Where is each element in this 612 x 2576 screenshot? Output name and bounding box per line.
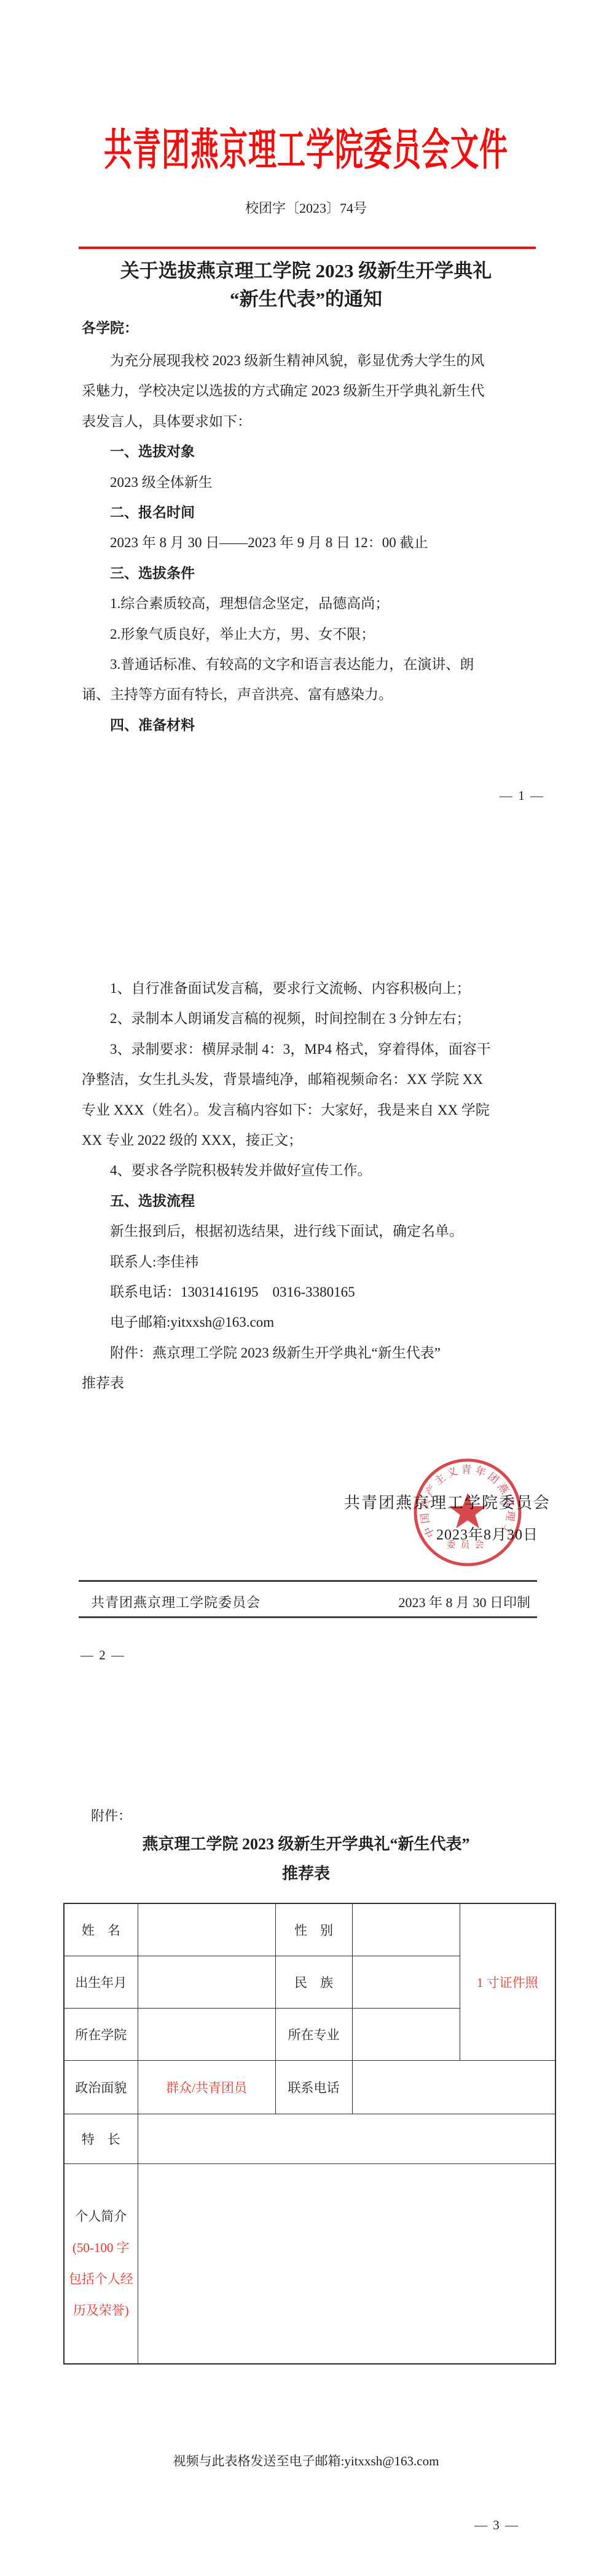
specialty-label-cell: 特 长: [64, 2114, 138, 2163]
footer-print-date: 2023 年 8 月 30 日印制: [398, 1594, 530, 1611]
body-line: XX 专业 2022 级的 XXX，接正文；: [82, 1125, 539, 1155]
profile-label-cell: 个人简介 (50-100 字 包括个人经 历及荣誉): [64, 2163, 138, 2364]
body-line: 诵、主持等方面有特长，声音洪亮、富有感染力。: [82, 679, 539, 709]
name-value-cell: [138, 1903, 275, 1956]
contact-person-line: 联系人:李佳祎: [82, 1247, 539, 1277]
page-number-1: — 1 —: [500, 787, 544, 804]
photo-placeholder-cell: 1 寸证件照: [460, 1903, 555, 2060]
body-line: 新生报到后，根据初选结果，进行线下面试，确定名单。: [82, 1216, 539, 1246]
footer-rule-top: [79, 1580, 537, 1582]
body-line: 净整洁，女生扎头发，背景墙纯净，邮箱视频命名：XX 学院 XX: [82, 1064, 539, 1094]
profile-label: 个人简介: [65, 2201, 138, 2232]
birth-value-cell: [138, 1956, 275, 2008]
phone-value-cell: [352, 2060, 555, 2114]
masthead-title: 共青团燕京理工学院委员会文件: [0, 111, 612, 191]
contact-phone-line: 联系电话：13031416195 0316-3380165: [82, 1277, 539, 1307]
page-number-3: — 3 —: [474, 2516, 519, 2534]
page2-body: 1、自行准备面试发言稿，要求行文流畅、内容积极向上； 2、录制本人朗诵发言稿的视…: [82, 973, 539, 1398]
table-row-specialty: 特 长: [64, 2114, 555, 2163]
body-line: 2023 年 8 月 30 日——2023 年 9 月 8 日 12：00 截止: [82, 527, 539, 558]
attachment-label: 附件：: [91, 1808, 131, 1825]
official-document: 共青团燕京理工学院委员会文件 校团字〔2023〕74号 关于选拔燕京理工学院 2…: [0, 0, 612, 2576]
svg-text:中国共产主义青年团燕京理工学院: 中国共产主义青年团燕京理工学院: [409, 1454, 517, 1539]
profile-note-line: 历及荣誉): [65, 2295, 138, 2326]
major-label-cell: 所在专业: [275, 2008, 352, 2060]
red-separator-line: [79, 247, 536, 249]
profile-note-line: (50-100 字: [65, 2232, 138, 2264]
political-value-cell: 群众/共青团员: [138, 2060, 275, 2114]
college-value-cell: [138, 2008, 275, 2060]
major-value-cell: [352, 2008, 460, 2060]
section-heading: 二、报名时间: [82, 497, 539, 527]
ethnic-value-cell: [352, 1956, 460, 2008]
table-row-name: 姓 名 性 别 1 寸证件照: [64, 1903, 555, 1956]
body-line: 2、录制本人朗诵发言稿的视频，时间控制在 3 分钟左右；: [82, 1003, 539, 1033]
body-line: 采魅力，学校决定以选拔的方式确定 2023 级新生开学典礼新生代: [82, 376, 539, 406]
page-number-2: — 2 —: [80, 1646, 125, 1664]
seal-star: [449, 1493, 487, 1528]
attachment-reference-line: 附件：燕京理工学院 2023 级新生开学典礼“新生代表”: [82, 1338, 539, 1368]
profile-value-cell: [138, 2163, 555, 2364]
section-heading: 四、准备材料: [82, 710, 539, 740]
seal-bottom-text: 委员会: [446, 1539, 488, 1550]
footer-rule-bottom: [79, 1616, 537, 1618]
notice-title-line1: 关于选拔燕京理工学院 2023 级新生开学典礼: [0, 257, 612, 285]
specialty-value-cell: [138, 2114, 555, 2163]
official-seal-stamp: 中国共产主义青年团燕京理工学院 委员会: [409, 1454, 526, 1571]
section-heading: 三、选拔条件: [82, 558, 539, 588]
body-line: 3.普通话标准、有较高的文字和语言表达能力，在演讲、朗: [82, 649, 539, 679]
body-line: 1.综合素质较高，理想信念坚定，品德高尚；: [82, 588, 539, 618]
body-line: 1、自行准备面试发言稿，要求行文流畅、内容积极向上；: [82, 973, 539, 1003]
video-submission-note: 视频与此表格发送至电子邮箱:yitxxsh@163.com: [0, 2452, 612, 2470]
recommendation-table: 姓 名 性 别 1 寸证件照 出生年月 民 族 所在学院 所在专业 政治面貌 群…: [63, 1903, 556, 2365]
body-line: 2023 级全体新生: [82, 467, 539, 497]
salutation: 各学院：: [82, 318, 138, 338]
footer-issuer: 共青团燕京理工学院委员会: [91, 1594, 261, 1611]
name-label-cell: 姓 名: [64, 1903, 138, 1956]
recommendation-table-title: 燕京理工学院 2023 级新生开学典礼“新生代表”: [0, 1834, 612, 1855]
gender-value-cell: [352, 1903, 460, 1956]
political-label-cell: 政治面貌: [64, 2060, 138, 2114]
body-line: 4、要求各学院积极转发并做好宣传工作。: [82, 1155, 539, 1185]
document-number: 校团字〔2023〕74号: [0, 199, 612, 218]
table-row-profile: 个人简介 (50-100 字 包括个人经 历及荣誉): [64, 2163, 555, 2364]
section-heading: 一、选拔对象: [82, 437, 539, 467]
ethnic-label-cell: 民 族: [275, 1956, 352, 2008]
body-line: 专业 XXX（姓名）。发言稿内容如下：大家好，我是来自 XX 学院: [82, 1095, 539, 1125]
contact-email-line: 电子邮箱:yitxxsh@163.com: [82, 1307, 539, 1337]
gender-label-cell: 性 别: [275, 1903, 352, 1956]
college-label-cell: 所在学院: [64, 2008, 138, 2060]
body-line: 表发言人，具体要求如下：: [82, 406, 539, 437]
recommendation-table-subtitle: 推荐表: [0, 1863, 612, 1884]
body-line: 为充分展现我校 2023 级新生精神风貌，彰显优秀大学生的风: [82, 346, 539, 376]
section-heading: 五、选拔流程: [82, 1186, 539, 1216]
notice-title: 关于选拔燕京理工学院 2023 级新生开学典礼 “新生代表”的通知: [0, 257, 612, 314]
phone-label-cell: 联系电话: [275, 2060, 352, 2114]
birth-label-cell: 出生年月: [64, 1956, 138, 2008]
table-row-political: 政治面貌 群众/共青团员 联系电话: [64, 2060, 555, 2114]
body-line: 3、录制要求：横屏录制 4：3，MP4 格式，穿着得体，面容干: [82, 1034, 539, 1064]
seal-arc-text: 中国共产主义青年团燕京理工学院: [409, 1454, 517, 1539]
profile-note-line: 包括个人经: [65, 2264, 138, 2295]
attachment-reference-line: 推荐表: [82, 1368, 539, 1398]
notice-title-line2: “新生代表”的通知: [0, 285, 612, 314]
page1-body: 为充分展现我校 2023 级新生精神风貌，彰显优秀大学生的风 采魅力，学校决定以…: [82, 346, 539, 740]
body-line: 2.形象气质良好，举止大方，男、女不限；: [82, 619, 539, 649]
